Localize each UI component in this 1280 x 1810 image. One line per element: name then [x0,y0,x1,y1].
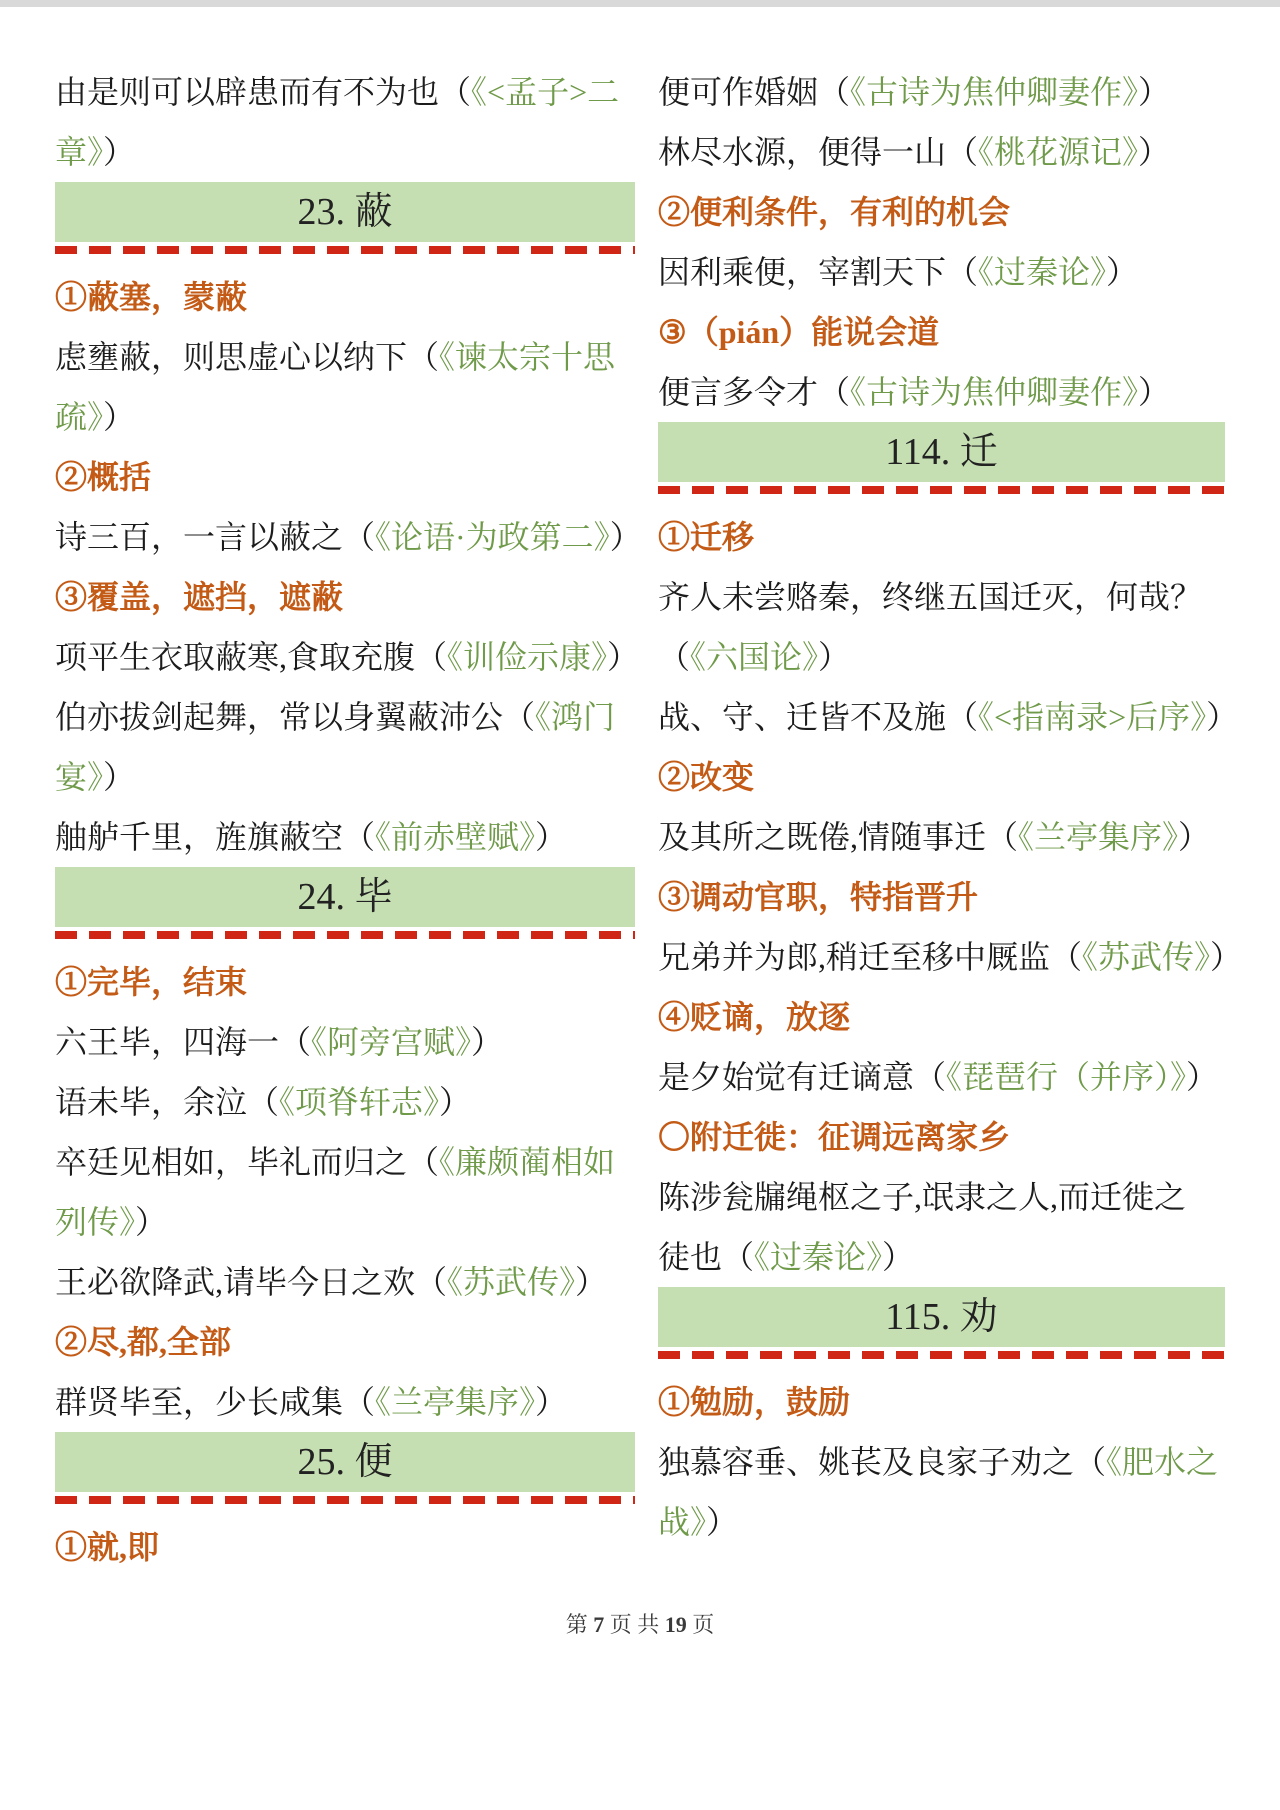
source-title: 《六国论》 [690,639,818,675]
source-title: 《肥水之 [1106,1444,1218,1480]
example-text: 便言多令才（ [658,374,850,410]
definition-line: ②便利条件，有利的机会 [658,182,1225,242]
example-line: 舳舻千里，旌旗蔽空（《前赤壁赋》） [55,807,635,867]
example-text: ） [535,819,567,855]
example-text: 虑壅蔽，则思虚心以纳下（ [55,339,439,375]
example-text: 战、守、迁皆不及施（ [658,699,978,735]
source-title: 战》 [658,1504,706,1540]
section-header: 25. 便 [55,1432,635,1504]
red-dashed-divider [55,931,635,939]
example-line: 疏》） [55,387,635,447]
example-line: 及其所之既倦,情随事迁（《兰亭集序》） [658,807,1225,867]
example-line: 因利乘便，宰割天下（《过秦论》） [658,242,1225,302]
definition-line: ①就,即 [55,1517,635,1577]
source-title: 《前赤壁赋》 [375,819,535,855]
example-line: 是夕始觉有迁谪意（《琵琶行（并序）》） [658,1047,1225,1107]
source-title: 《过秦论》 [754,1239,882,1275]
section-title: 114. 迁 [658,422,1225,482]
section-title: 23. 蔽 [55,182,635,242]
example-text: ） [818,639,850,675]
example-text: ） [1210,939,1242,975]
example-text: ） [575,1264,607,1300]
source-title: 章》 [55,134,103,170]
example-text: ） [103,399,135,435]
example-line: 齐人未尝赂秦，终继五国迁灭，何哉？ [658,567,1225,627]
example-text: ） [103,134,135,170]
page-top-edge [0,0,1280,7]
example-text: ） [1138,74,1170,110]
example-text: 齐人未尝赂秦，终继五国迁灭，何哉？ [658,579,1202,615]
example-line: 宴》） [55,747,635,807]
example-text: 诗三百，一言以蔽之（ [55,519,375,555]
source-title: 《兰亭集序》 [1018,819,1178,855]
definition-line: ①蔽塞，蒙蔽 [55,267,635,327]
example-line: 六王毕，四海一（《阿旁宫赋》） [55,1012,635,1072]
page-number: 7 [593,1612,604,1637]
source-title: 《琵琶行（并序）》 [946,1059,1186,1095]
section-title: 115. 劝 [658,1287,1225,1347]
definition-line: ①迁移 [658,507,1225,567]
example-line: 虑壅蔽，则思虚心以纳下（《谏太宗十思 [55,327,635,387]
definition-line: ②改变 [658,747,1225,807]
example-text: 独慕容垂、姚苌及良家子劝之（ [658,1444,1106,1480]
red-dashed-divider [55,246,635,254]
left-column: 由是则可以辟患而有不为也（《<孟子>二章》）23. 蔽①蔽塞，蒙蔽虑壅蔽，则思虚… [55,62,635,1577]
source-title: 《<指南录>后序》 [978,699,1206,735]
source-title: 《苏武传》 [1082,939,1210,975]
source-title: 《古诗为焦仲卿妻作》 [850,374,1138,410]
source-title: 《项脊轩志》 [279,1084,439,1120]
example-line: 便言多令才（《古诗为焦仲卿妻作》） [658,362,1225,422]
source-title: 《论语·为政第二》 [375,519,610,555]
example-text: 林尽水源，便得一山（ [658,134,978,170]
example-text: 舳舻千里，旌旗蔽空（ [55,819,375,855]
definition-line: ①勉励，鼓励 [658,1372,1225,1432]
example-text: ） [610,519,642,555]
example-line: 诗三百，一言以蔽之（《论语·为政第二》） [55,507,635,567]
footer-text: 页 共 [604,1612,665,1637]
example-line: 陈涉瓮牖绳枢之子,氓隶之人,而迁徙之 [658,1167,1225,1227]
section-header: 114. 迁 [658,422,1225,494]
example-text: ） [1138,374,1170,410]
example-line: 王必欲降武,请毕今日之欢（《苏武传》） [55,1252,635,1312]
red-dashed-divider [658,486,1225,494]
section-title: 24. 毕 [55,867,635,927]
example-text: ） [882,1239,914,1275]
example-text: ） [103,759,135,795]
definition-line: ②概括 [55,447,635,507]
example-text: ） [535,1384,567,1420]
example-text: 陈涉瓮牖绳枢之子,氓隶之人,而迁徙之 [658,1179,1186,1215]
example-text: 兄弟并为郎,稍迁至移中厩监（ [658,939,1082,975]
example-text: 由是则可以辟患而有不为也（ [55,74,471,110]
source-title: 《训俭示康》 [447,639,607,675]
source-title: 《谏太宗十思 [439,339,615,375]
example-line: 战、守、迁皆不及施（《<指南录>后序》） [658,687,1225,747]
section-header: 24. 毕 [55,867,635,939]
example-line: 卒廷见相如，毕礼而归之（《廉颇蔺相如 [55,1132,635,1192]
example-text: 徒也（ [658,1239,754,1275]
right-column: 便可作婚姻（《古诗为焦仲卿妻作》）林尽水源，便得一山（《桃花源记》）②便利条件，… [658,62,1225,1577]
footer-text: 第 [566,1612,594,1637]
example-text: 是夕始觉有迁谪意（ [658,1059,946,1095]
definition-line: ③覆盖，遮挡，遮蔽 [55,567,635,627]
example-line: 独慕容垂、姚苌及良家子劝之（《肥水之 [658,1432,1225,1492]
section-header: 115. 劝 [658,1287,1225,1359]
example-line: （《六国论》） [658,627,1225,687]
two-column-layout: 由是则可以辟患而有不为也（《<孟子>二章》）23. 蔽①蔽塞，蒙蔽虑壅蔽，则思虚… [55,62,1225,1577]
example-text: ） [1178,819,1210,855]
source-title: 疏》 [55,399,103,435]
example-line: 便可作婚姻（《古诗为焦仲卿妻作》） [658,62,1225,122]
page-footer: 第 7 页 共 19 页 [0,1608,1280,1639]
example-line: 群贤毕至，少长咸集（《兰亭集序》） [55,1372,635,1432]
source-title: 《苏武传》 [447,1264,575,1300]
example-line: 由是则可以辟患而有不为也（《<孟子>二 [55,62,635,122]
definition-line: ②尽,都,全部 [55,1312,635,1372]
definition-line: ①完毕，结束 [55,952,635,1012]
source-title: 《阿旁宫赋》 [311,1024,471,1060]
page-number: 19 [665,1612,687,1637]
example-line: 林尽水源，便得一山（《桃花源记》） [658,122,1225,182]
source-title: 《鸿门 [535,699,615,735]
example-text: 便可作婚姻（ [658,74,850,110]
example-line: 项平生衣取蔽寒,食取充腹（《训俭示康》） [55,627,635,687]
example-text: 因利乘便，宰割天下（ [658,254,978,290]
example-line: 战》） [658,1492,1225,1552]
definition-line: ③调动官职，特指晋升 [658,867,1225,927]
example-line: 徒也（《过秦论》） [658,1227,1225,1287]
document-page: 由是则可以辟患而有不为也（《<孟子>二章》）23. 蔽①蔽塞，蒙蔽虑壅蔽，则思虚… [0,0,1280,1810]
example-text: ） [1186,1059,1218,1095]
section-title: 25. 便 [55,1432,635,1492]
source-title: 《过秦论》 [978,254,1106,290]
source-title: 《<孟子>二 [471,74,619,110]
source-title: 宴》 [55,759,103,795]
example-line: 列传》） [55,1192,635,1252]
example-text: 六王毕，四海一（ [55,1024,311,1060]
example-text: ） [1206,699,1238,735]
red-dashed-divider [55,1496,635,1504]
example-text: 卒廷见相如，毕礼而归之（ [55,1144,439,1180]
section-header: 23. 蔽 [55,182,635,254]
source-title: 《兰亭集序》 [375,1384,535,1420]
definition-line: ③（pián）能说会道 [658,302,1225,362]
example-text: 群贤毕至，少长咸集（ [55,1384,375,1420]
example-text: 项平生衣取蔽寒,食取充腹（ [55,639,447,675]
example-text: （ [658,639,690,675]
example-line: 章》） [55,122,635,182]
example-text: ） [607,639,639,675]
example-text: ） [1106,254,1138,290]
example-text: ） [135,1204,167,1240]
example-text: ） [1138,134,1170,170]
example-text: ） [439,1084,471,1120]
red-dashed-divider [658,1351,1225,1359]
source-title: 《桃花源记》 [978,134,1138,170]
example-text: ） [471,1024,503,1060]
source-title: 《廉颇蔺相如 [439,1144,615,1180]
example-text: 及其所之既倦,情随事迁（ [658,819,1018,855]
footer-text: 页 [687,1612,715,1637]
example-text: 王必欲降武,请毕今日之欢（ [55,1264,447,1300]
example-text: 语未毕，余泣（ [55,1084,279,1120]
definition-line: ④贬谪，放逐 [658,987,1225,1047]
example-text: ） [706,1504,738,1540]
source-title: 《古诗为焦仲卿妻作》 [850,74,1138,110]
example-text: 伯亦拔剑起舞，常以身翼蔽沛公（ [55,699,535,735]
definition-line: 〇附迁徙：征调远离家乡 [658,1107,1225,1167]
example-line: 语未毕，余泣（《项脊轩志》） [55,1072,635,1132]
source-title: 列传》 [55,1204,135,1240]
example-line: 兄弟并为郎,稍迁至移中厩监（《苏武传》） [658,927,1225,987]
example-line: 伯亦拔剑起舞，常以身翼蔽沛公（《鸿门 [55,687,635,747]
